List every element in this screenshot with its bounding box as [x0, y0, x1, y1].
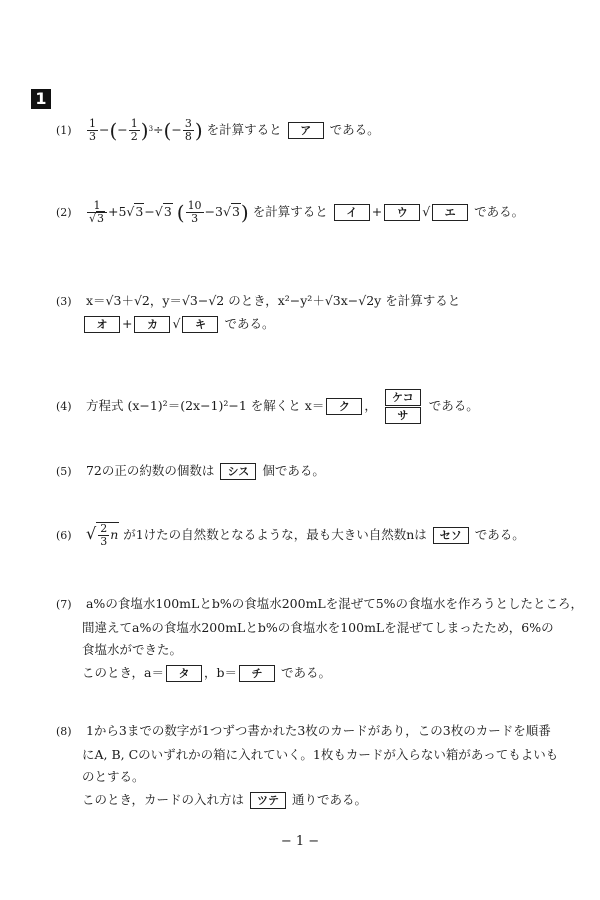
question-number: (6): [56, 525, 82, 547]
question-4: (4) 方程式 (x−1)²＝(2x−1)²−1 を解くと x＝ク， ケコ サ …: [56, 388, 479, 425]
question-6: (6) √23n が1けたの自然数となるような，最も大きい自然数nは セソ であ…: [56, 522, 525, 548]
answer-box-keko[interactable]: ケコ: [385, 389, 421, 406]
question-number: (5): [56, 461, 82, 483]
answer-box-chi[interactable]: チ: [239, 665, 275, 682]
answer-box-a[interactable]: ア: [288, 122, 324, 139]
answer-box-seso[interactable]: セソ: [433, 527, 469, 544]
question-number: (1): [56, 120, 82, 142]
question-number: (3): [56, 291, 82, 313]
answer-box-ku[interactable]: ク: [326, 398, 362, 415]
answer-box-e[interactable]: エ: [432, 204, 468, 221]
answer-box-u[interactable]: ウ: [384, 204, 420, 221]
question-number: (4): [56, 396, 82, 418]
question-1: (1) 13−(−12)3÷(−38) を計算すると ア である。: [56, 118, 380, 143]
answer-box-tsute[interactable]: ツテ: [250, 792, 286, 809]
section-number-badge: 1: [31, 89, 51, 109]
answer-box-o[interactable]: オ: [84, 316, 120, 333]
answer-box-ka[interactable]: カ: [134, 316, 170, 333]
answer-box-sa[interactable]: サ: [385, 407, 421, 424]
question-3: (3) x＝√3＋√2，y＝√3−√2 のとき，x²−y²＋√3x−√2y を計…: [56, 290, 460, 335]
question-number: (8): [56, 721, 82, 744]
question-7: (7) a%の食塩水100mLとb%の食塩水200mLを混ぜて5%の食塩水を作ろ…: [56, 593, 583, 684]
question-8: (8) 1から3までの数字が1つずつ書かれた3枚のカードがあり，この3枚のカード…: [56, 720, 558, 811]
math-expression: 1√3+5√3−√3 (103−3√3): [86, 204, 253, 219]
question-number: (2): [56, 202, 82, 224]
question-2: (2) 1√3+5√3−√3 (103−3√3) を計算すると イ+ウ√エ であ…: [56, 200, 524, 225]
page-number: − 1 −: [0, 834, 600, 849]
question-5: (5) 72の正の約数の個数は シス 個である。: [56, 460, 325, 483]
answer-box-ta[interactable]: タ: [166, 665, 202, 682]
fraction-answer: ケコ サ: [385, 388, 421, 425]
answer-box-ki[interactable]: キ: [182, 316, 218, 333]
question-number: (7): [56, 594, 82, 617]
math-expression: √: [86, 524, 96, 543]
answer-box-i[interactable]: イ: [334, 204, 370, 221]
answer-box-shisu[interactable]: シス: [220, 463, 256, 480]
math-expression: 13−(−12)3÷(−38): [86, 122, 207, 137]
